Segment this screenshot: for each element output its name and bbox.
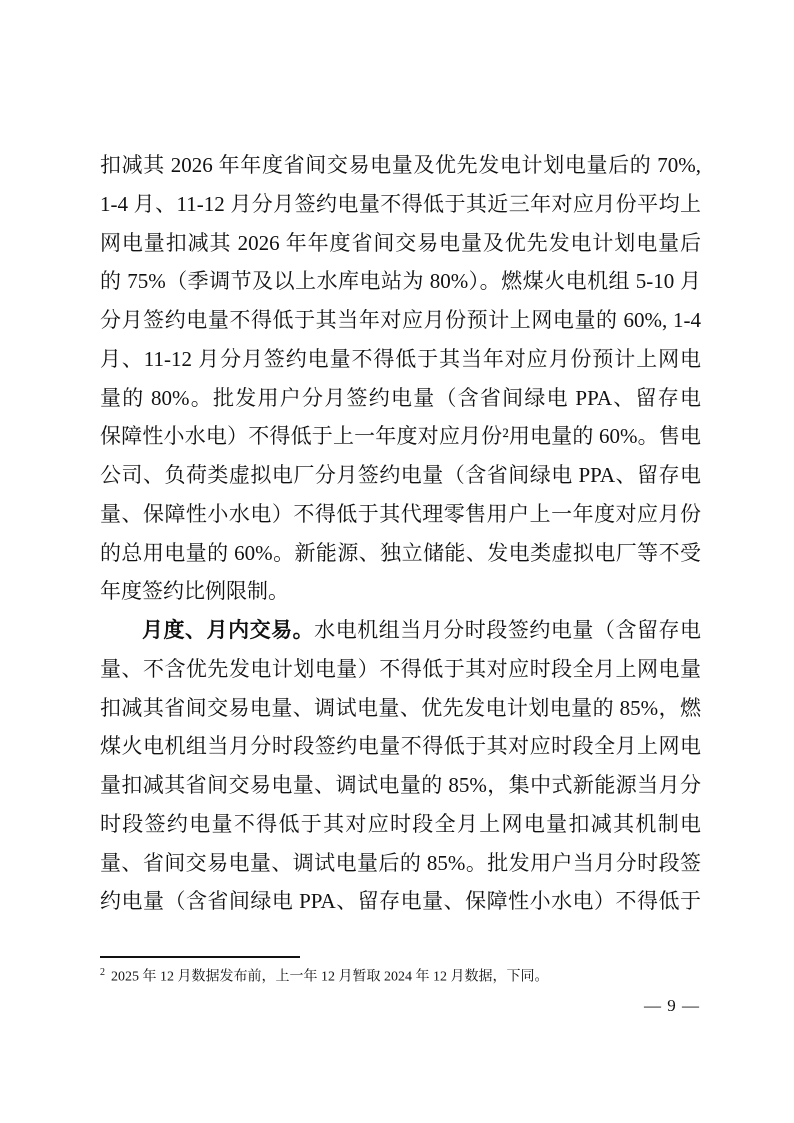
body-line: 时段签约电量不得低于其对应时段全月上网电量扣减其机制电 [100, 805, 701, 844]
body-line-run: 公司、负荷类虚拟电厂分月签约电量（含省间绿电 PPA、留存电 [100, 463, 701, 487]
body-line: 煤火电机组当月分时段签约电量不得低于其对应时段全月上网电 [100, 727, 701, 766]
body-line: 分月签约电量不得低于其当年对应月份预计上网电量的 60%, 1-4 [100, 301, 701, 340]
body-line: 的 75%（季调节及以上水库电站为 80%）。燃煤火电机组 5-10 月 [100, 262, 701, 301]
footnote-text: 2025 年 12 月数据发布前，上一年 12 月暂取 2024 年 12 月数… [111, 970, 549, 985]
document-page: 扣减其 2026 年年度省间交易电量及优先发电计划电量后的 70%,1-4 月、… [0, 0, 794, 1123]
body-line-run: 煤火电机组当月分时段签约电量不得低于其对应时段全月上网电 [100, 734, 701, 758]
body-line: 扣减其 2026 年年度省间交易电量及优先发电计划电量后的 70%, [100, 146, 701, 185]
body-line: 年度签约比例限制。 [100, 572, 701, 611]
body-line-run: 年度签约比例限制。 [100, 579, 289, 603]
body-line-run: 的总用电量的 60%。新能源、独立储能、发电类虚拟电厂等不受 [100, 541, 701, 565]
body-line: 量的 80%。批发用户分月签约电量（含省间绿电 PPA、留存电量、 [100, 379, 701, 418]
body-line-run: 保障性小水电）不得低于上一年度对应月份²用电量的 60%。售电 [100, 424, 701, 448]
body-line-bold-run: 月度、月内交易。 [142, 618, 314, 642]
body-line: 量、省间交易电量、调试电量后的 85%。批发用户当月分时段签 [100, 844, 701, 883]
body-line-run: 量、省间交易电量、调试电量后的 85%。批发用户当月分时段签 [100, 851, 701, 875]
body-line-run: 的 75%（季调节及以上水库电站为 80%）。燃煤火电机组 5-10 月 [100, 269, 701, 293]
body-line-run: 分月签约电量不得低于其当年对应月份预计上网电量的 60%, 1-4 [100, 308, 701, 332]
body-line-run: 量扣减其省间交易电量、调试电量的 85%，集中式新能源当月分 [100, 773, 701, 797]
body-line-run: 水电机组当月分时段签约电量（含留存电 [314, 618, 701, 642]
body-line: 扣减其省间交易电量、调试电量、优先发电计划电量的 85%，燃 [100, 689, 701, 728]
page-number: — 9 — [644, 996, 700, 1016]
body-line-run: 月、11-12 月分月签约电量不得低于其当年对应月份预计上网电 [100, 347, 701, 371]
footnote-marker: 2 [100, 967, 105, 978]
footnote-separator [100, 956, 300, 958]
body-line: 量扣减其省间交易电量、调试电量的 85%，集中式新能源当月分 [100, 766, 701, 805]
body-line-run: 网电量扣减其 2026 年年度省间交易电量及优先发电计划电量后 [100, 231, 701, 255]
body-line: 量、保障性小水电）不得低于其代理零售用户上一年度对应月份 [100, 495, 701, 534]
body-line-run: 扣减其省间交易电量、调试电量、优先发电计划电量的 85%，燃 [100, 696, 701, 720]
body-line: 月度、月内交易。水电机组当月分时段签约电量（含留存电 [100, 611, 701, 650]
footnote: 22025 年 12 月数据发布前，上一年 12 月暂取 2024 年 12 月… [100, 962, 701, 989]
body-line: 网电量扣减其 2026 年年度省间交易电量及优先发电计划电量后 [100, 224, 701, 263]
body-line: 约电量（含省间绿电 PPA、留存电量、保障性小水电）不得低于 [100, 882, 701, 921]
body-line-run: 扣减其 2026 年年度省间交易电量及优先发电计划电量后的 70%, [100, 153, 701, 177]
body-line: 量、不含优先发电计划电量）不得低于其对应时段全月上网电量 [100, 650, 701, 689]
body-line: 保障性小水电）不得低于上一年度对应月份²用电量的 60%。售电 [100, 417, 701, 456]
body-line: 1-4 月、11-12 月分月签约电量不得低于其近三年对应月份平均上 [100, 185, 701, 224]
body-line-run: 量的 80%。批发用户分月签约电量（含省间绿电 PPA、留存电量、 [100, 386, 701, 418]
body-line-run: 量、保障性小水电）不得低于其代理零售用户上一年度对应月份 [100, 502, 701, 526]
body-line: 月、11-12 月分月签约电量不得低于其当年对应月份预计上网电 [100, 340, 701, 379]
body-line: 的总用电量的 60%。新能源、独立储能、发电类虚拟电厂等不受 [100, 534, 701, 573]
body-line-run: 时段签约电量不得低于其对应时段全月上网电量扣减其机制电 [100, 812, 701, 836]
body-line-run: 1-4 月、11-12 月分月签约电量不得低于其近三年对应月份平均上 [100, 192, 701, 216]
body-line-run: 约电量（含省间绿电 PPA、留存电量、保障性小水电）不得低于 [100, 889, 701, 913]
body-line: 公司、负荷类虚拟电厂分月签约电量（含省间绿电 PPA、留存电 [100, 456, 701, 495]
body-line-run: 量、不含优先发电计划电量）不得低于其对应时段全月上网电量 [100, 657, 701, 681]
document-body: 扣减其 2026 年年度省间交易电量及优先发电计划电量后的 70%,1-4 月、… [100, 146, 701, 921]
